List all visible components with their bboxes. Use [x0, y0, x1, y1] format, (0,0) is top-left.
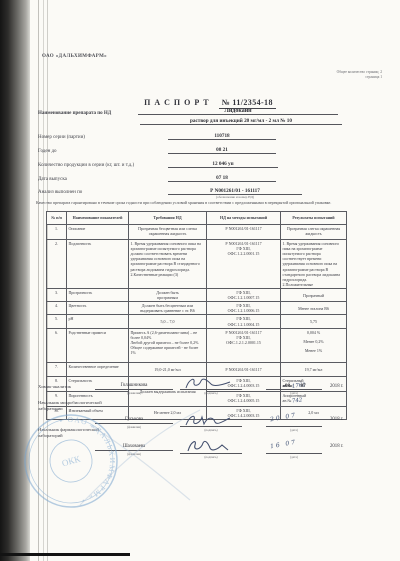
- cell-res: 0,004 % Менее 0,2% Менее 1%: [281, 328, 347, 362]
- cell-num: 6.: [47, 328, 67, 362]
- scan-bottom-edge: [0, 553, 130, 556]
- cell-line: 2.Качественные реакции (3): [131, 272, 205, 277]
- name-label: Наименование препарата по НД: [38, 111, 111, 116]
- table-row: 5. рН 5,0 – 7,0 ГФ XIII, ОФС.1.2.1.0004.…: [47, 315, 347, 328]
- table-header-row: № п/п Наименование показателей Требовани…: [47, 212, 347, 225]
- cell-req: Прозрачная бесцветная или слегка окрашен…: [129, 225, 207, 240]
- name-value: Лидокаин: [138, 108, 338, 115]
- cell-req: Примесь А (2,6-диметилани-лина) – не бол…: [129, 328, 207, 362]
- cell-line: 0,004 %: [283, 330, 345, 335]
- table-row: 4. Цветность Должен быть бесцветным или …: [47, 302, 347, 315]
- cell-name: рН: [67, 315, 129, 328]
- field-value-release-date: 07 18: [168, 175, 276, 182]
- sub-label-sign: (подпись): [180, 391, 242, 395]
- cell-req: 1. Время удерживания основного пика на х…: [129, 240, 207, 289]
- cell-line: ОФС.1.2.1.2.0001.15: [209, 340, 279, 345]
- cell-nd: ГФ XIII, ОФС.1.2.1.0007.15: [207, 288, 281, 301]
- header-res: Результаты испытаний: [281, 212, 347, 225]
- cell-req: Должен быть прозрачным: [129, 288, 207, 301]
- field-value-series: 110718: [168, 133, 276, 140]
- sub-label-date: (дата): [266, 391, 322, 395]
- cell-name: Подлинность: [67, 240, 129, 289]
- cell-num: 7.: [47, 362, 67, 376]
- cell-line: прозрачным: [131, 295, 205, 300]
- cell-num: 5.: [47, 315, 67, 328]
- field-label-expiry: Годен до: [38, 149, 57, 154]
- cell-num: 2.: [47, 240, 67, 289]
- cell-req: Должен быть бесцветным или выдерживать с…: [129, 302, 207, 315]
- cell-res: Прозрачная слегка окрашенная жидкость: [281, 225, 347, 240]
- cell-nd: ГФ XIII, ОФС.1.2.1.0006.15: [207, 302, 281, 315]
- title-word: П А С П О Р Т: [144, 98, 209, 107]
- cell-line: Примесь А (2,6-диметилани-лина) – не бол…: [131, 330, 205, 340]
- quality-note: Качество препарата гарантировано в течен…: [36, 200, 366, 205]
- table-row: 6. Родственные примеси Примесь А (2,6-ди…: [47, 328, 347, 362]
- cell-line: Менее 0,2%: [283, 339, 345, 344]
- header-num: № п/п: [47, 212, 67, 225]
- header-name: Наименование показателей: [67, 212, 129, 225]
- cell-line: Общее содержание примесей - не более 1%: [131, 345, 205, 355]
- name-value-line2: раствор для инъекций 20 мг/мл - 2 мл № 1…: [140, 118, 342, 125]
- cell-name: Описание: [67, 225, 129, 240]
- cell-nd: Р N001261/01-161117: [207, 225, 281, 240]
- cell-req: 5,0 – 7,0: [129, 315, 207, 328]
- cell-line: ОФС.1.2.2.0001.15: [209, 251, 279, 256]
- field-label-quantity: Количество продукции в серии (кг, шт. и …: [38, 163, 134, 168]
- signature-year: 2018 г.: [330, 417, 343, 422]
- header-nd: НД на методы испытаний: [207, 212, 281, 225]
- cell-num: 3.: [47, 288, 67, 301]
- document-title: П А С П О Р Т № 11/2354-18: [30, 98, 390, 107]
- sub-label-date: (дата): [266, 455, 322, 459]
- signature-sign-line: [180, 381, 242, 390]
- cell-name: Прозрачность: [67, 288, 129, 301]
- cell-line: 1. Время удерживания основного пика на х…: [131, 241, 205, 272]
- cell-name: Цветность: [67, 302, 129, 315]
- field-value-expiry: 08 21: [168, 147, 276, 154]
- table-row: 3. Прозрачность Должен быть прозрачным Г…: [47, 288, 347, 301]
- cell-res: Менее эталона В6: [281, 302, 347, 315]
- cell-name: Количественное определение: [67, 362, 129, 376]
- cell-line: ОФС.1.2.1.0006.15: [209, 308, 279, 313]
- signature-year: 2018 г.: [330, 444, 343, 449]
- page-count-note: Общее количество страниц: 2 страница 1: [230, 70, 382, 80]
- cell-line: ОФС.1.2.4.0005.15: [209, 398, 279, 403]
- field-label-analysis: Анализ выполнен по: [38, 190, 82, 195]
- cell-name: Родственные примеси: [67, 328, 129, 362]
- sub-label-date: (дата): [266, 428, 322, 432]
- field-label-release-date: Дата выпуска: [38, 177, 67, 182]
- analysis-note: (обозначение и номер НД): [168, 195, 302, 199]
- cell-line: ан.№: [283, 398, 292, 403]
- field-value-analysis: Р N001261/01 - 161117: [168, 188, 302, 195]
- cell-line: 1. Время удерживания основного пика на х…: [283, 241, 345, 282]
- cell-nd: ГФ XIII, ОФС.1.2.1.0004.15: [207, 315, 281, 328]
- cell-line: ОФС.1.2.1.0007.15: [209, 295, 279, 300]
- signature-date-line: [266, 445, 322, 454]
- sub-label-name: (фамилия): [95, 391, 173, 395]
- cell-res: 5,75: [281, 315, 347, 328]
- table-row: 1. Описание Прозрачная бесцветная или сл…: [47, 225, 347, 240]
- cell-res: 1. Время удерживания основного пика на х…: [281, 240, 347, 289]
- cell-nd: Р N001261/01-161117 ГФ XIII, ОФС.1.2.2.0…: [207, 240, 281, 289]
- company-name: ОАО «ДАЛЬХИМФАРМ»: [42, 54, 107, 59]
- signature-role-chemist: Химик-аналитик: [38, 384, 71, 390]
- cell-line: Менее 1%: [283, 348, 345, 353]
- signature-date-line: [266, 381, 322, 390]
- header-req: Требования НД: [129, 212, 207, 225]
- page-count-line2: страница 1: [230, 75, 382, 80]
- field-label-series: Номер серии (партии): [38, 135, 85, 140]
- pen-flourish: [60, 405, 210, 515]
- handwritten-value: 742: [292, 397, 303, 405]
- signature-date-line: [266, 418, 322, 427]
- signature-name-chemist: Голашникова: [95, 383, 173, 388]
- field-value-quantity: 12 046 уп: [168, 161, 278, 168]
- cell-line: 2.Положительные: [283, 282, 345, 287]
- table-row: 2. Подлинность 1. Время удерживания осно…: [47, 240, 347, 289]
- cell-res: 19,7 мг/мл: [281, 362, 347, 376]
- cell-num: 4.: [47, 302, 67, 315]
- cell-nd: Р N001261/01-161117 ГФ XIII, ОФС.1.2.1.2…: [207, 328, 281, 362]
- cell-num: 1.: [47, 225, 67, 240]
- cell-res: Прозрачный: [281, 288, 347, 301]
- signature-year: 2018 г.: [330, 384, 343, 389]
- cell-line: ОФС.1.2.1.0004.15: [209, 322, 279, 327]
